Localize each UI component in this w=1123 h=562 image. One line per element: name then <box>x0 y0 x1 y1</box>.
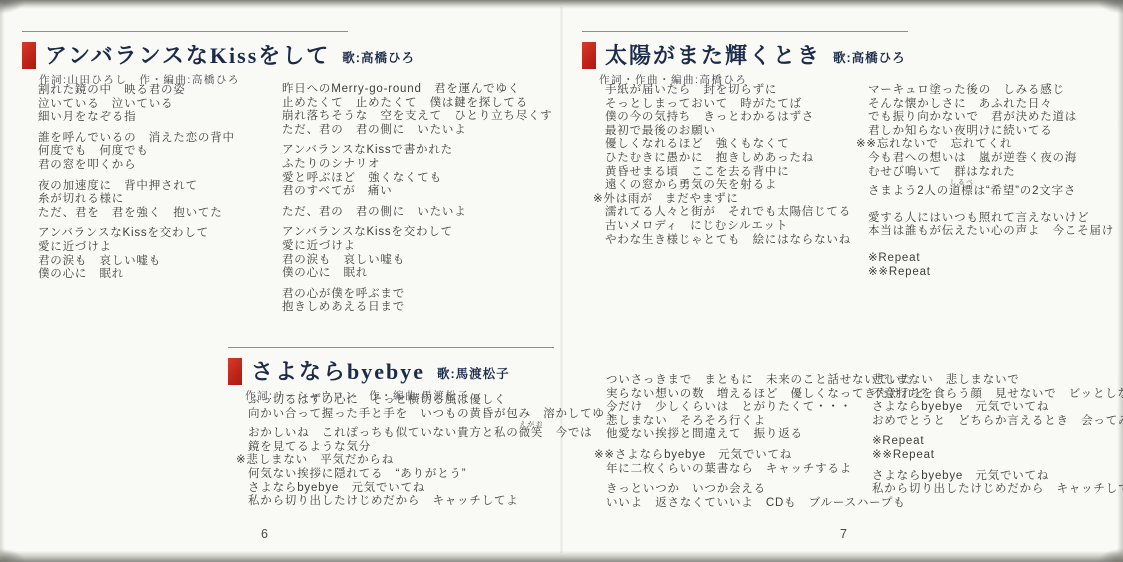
song2-lyrics-column-1: 手紙が届いたら 封を切らずにそっとしまっておいて 時がたてば僕の今の気持ち きっ… <box>605 84 851 254</box>
lyric-stanza: アンバランスなKissを交わして愛に近づけよ君の涙も 哀しい嘘も僕の心に 眠れ <box>38 227 235 281</box>
lyric-stanza: ※Repeat※※Repeat <box>868 252 1114 279</box>
page-number-left: 6 <box>261 527 269 541</box>
lyric-line: 君の涙も 哀しい嘘も <box>282 254 553 268</box>
page-number-right: 7 <box>840 527 848 541</box>
lyric-line: 夜の加速度に 背中押されて <box>38 180 235 194</box>
scan-corner <box>1097 0 1123 14</box>
lyric-stanza: マーキュロ塗った後の しみる感じそんな懐かしさに あふれた日々でも振り向かないで… <box>868 84 1114 199</box>
song2-lyrics-column-2: マーキュロ塗った後の しみる感じそんな懐かしさに あふれた日々でも振り向かないで… <box>868 84 1114 292</box>
lyric-line: 愛に近づけよ <box>282 240 553 254</box>
song3-lyrics-column-1: ふっ切るはずの心に そっと横切る風は優しく向かい合って握った手と手を いつもの黄… <box>248 394 617 516</box>
lyric-line: 悲しまない 悲しまないで <box>872 374 1123 388</box>
lyric-stanza: 手紙が届いたら 封を切らずにそっとしまっておいて 時がたてば僕の今の気持ち きっ… <box>605 84 851 247</box>
lyric-line: 最初で最後のお願い <box>605 125 851 139</box>
lyric-line: 優しくなれるほど 強くもなくて <box>605 138 851 152</box>
lyric-line: ※※Repeat <box>868 266 1114 280</box>
lyric-line: 糸が切れる様に <box>38 193 235 207</box>
song3-lyrics-column-3: 悲しまない 悲しまないで不意打ちを食らう顔 見せないで ビッとしなよさよならby… <box>872 374 1123 504</box>
song2-singer-credit: 歌:高橋ひろ <box>833 48 906 69</box>
lyric-line: 手紙が届いたら 封を切らずに <box>605 84 851 98</box>
title-marker-icon <box>22 42 36 69</box>
lyric-line: 不意打ちを食らう顔 見せないで ビッとしなよ <box>872 388 1123 402</box>
header-rule <box>22 31 348 32</box>
lyric-line: 君の心が僕を呼ぶまで <box>282 288 553 302</box>
lyric-stanza: 君の心が僕を呼ぶまで抱きしめあえる日まで <box>282 288 553 315</box>
lyric-stanza: ふっ切るはずの心に そっと横切る風は優しく向かい合って握った手と手を いつもの黄… <box>248 394 617 509</box>
lyric-stanza: 昨日へのMerry-go-round 君を運んでゆく止めたくて 止めたくて 僕は… <box>282 83 553 137</box>
lyric-stanza: 悲しまない 悲しまないで不意打ちを食らう顔 見せないで ビッとしなよさよならby… <box>872 374 1123 428</box>
scan-edge-left <box>0 0 5 562</box>
lyric-stanza: 愛する人にはいつも照れて言えないけど本当は誰もが伝えたい心の声よ 今こそ届け <box>868 212 1114 239</box>
lyric-line: さよならbyebye 元気でいてね <box>872 401 1123 415</box>
lyric-line: 君の涙も 哀しい嘘も <box>38 255 235 269</box>
lyric-line: 濡れてる人々と街が それでも太陽信じてる <box>605 206 851 220</box>
lyric-line: 古いメロディ にじむシルエット <box>605 220 851 234</box>
lyric-line: ※Repeat <box>872 435 1123 449</box>
lyric-line: アンバランスなKissを交わして <box>38 227 235 241</box>
lyric-line: ただ、君の 君の側に いたいよ <box>282 124 553 138</box>
lyric-line: 遠くの窓から勇気の矢を射るよ <box>605 179 851 193</box>
lyric-line: ※外は雨が まだやまずに <box>593 193 851 207</box>
scan-corner <box>0 0 26 14</box>
song3-singer-credit: 歌:馬渡松子 <box>437 364 510 385</box>
lyric-line: ※悲しまない 平気だからね <box>236 454 617 468</box>
lyric-line: 君の窓を叩くから <box>38 159 235 173</box>
song2-title: 太陽がまた輝くとき <box>605 43 821 69</box>
booklet-spread: アンバランスなKissをして 歌:高橋ひろ 作詞:山田ひろし 作・編曲:高橋ひろ… <box>0 0 1123 562</box>
lyric-line: 誰を呼んでいるの 消えた恋の背中 <box>38 132 235 146</box>
scan-corner <box>1097 548 1123 562</box>
lyric-line: 止めたくて 止めたくて 僕は鍵を探してる <box>282 97 553 111</box>
lyric-line: 昨日へのMerry-go-round 君を運んでゆく <box>282 83 553 97</box>
lyric-line: 何度でも 何度でも <box>38 145 235 159</box>
lyric-line: でも振り向かないで 君が決めた道は <box>868 111 1114 125</box>
song1-lyrics-column-1: 割れた鏡の中 映る君の姿泣いている 泣いている細い月をなぞる指誰を呼んでいるの … <box>38 84 235 289</box>
lyric-line: アンバランスなKissで書かれた <box>282 144 553 158</box>
lyric-line: おめでとうと どちらか言えるとき 会ってみたい <box>872 415 1123 429</box>
lyric-line: 向かい合って握った手と手を いつもの黄昏が包み 溶かしてゆく <box>248 408 617 422</box>
song1-lyrics-column-2: 昨日へのMerry-go-round 君を運んでゆく止めたくて 止めたくて 僕は… <box>282 83 553 322</box>
lyric-line: 愛と呼ぶほど 強くなくても <box>282 172 553 186</box>
lyric-line: 鏡を見てるような気分 <box>248 441 617 455</box>
lyric-stanza: 割れた鏡の中 映る君の姿泣いている 泣いている細い月をなぞる指 <box>38 84 235 125</box>
lyric-line: 私から切り出したけじめだから キャッチしてよ <box>248 495 617 509</box>
lyric-line: ただ、君を 君を強く 抱いてた <box>38 207 235 221</box>
header-rule <box>582 31 908 32</box>
lyric-line: 私から切り出したけじめだから キャッチしてよ <box>872 483 1123 497</box>
lyric-line: おかしいね これぽっちも似ていない貴方と私の微笑えがお 今では <box>248 421 617 441</box>
lyric-stanza: ただ、君の 君の側に いたいよ <box>282 206 553 220</box>
lyric-stanza: 誰を呼んでいるの 消えた恋の背中何度でも 何度でも君の窓を叩くから <box>38 132 235 173</box>
lyric-line: ふたりのシナリオ <box>282 158 553 172</box>
lyric-stanza: アンバランスなKissで書かれたふたりのシナリオ愛と呼ぶほど 強くなくても君のす… <box>282 144 553 198</box>
lyric-line: やわな生き様じゃとても 絵にはならないね <box>605 234 851 248</box>
song3-title: さよならbyebye <box>251 359 425 385</box>
lyric-line: 僕の心に 眠れ <box>38 268 235 282</box>
lyric-line: ひたむきに愚かに 抱きしめあったね <box>605 152 851 166</box>
lyric-line: 僕の心に 眠れ <box>282 267 553 281</box>
lyric-stanza: 夜の加速度に 背中押されて糸が切れる様にただ、君を 君を強く 抱いてた <box>38 180 235 221</box>
scan-corner <box>0 548 26 562</box>
title-marker-icon <box>228 358 242 385</box>
lyric-line: 割れた鏡の中 映る君の姿 <box>38 84 235 98</box>
lyric-line: ※Repeat <box>868 252 1114 266</box>
lyric-line: 黄昏せまる頃 ここを去る背中に <box>605 166 851 180</box>
lyric-line: 細い月をなぞる指 <box>38 111 235 125</box>
lyric-line: マーキュロ塗った後の しみる感じ <box>868 84 1114 98</box>
lyric-line: むせび鳴いて 群はなれた <box>868 166 1114 180</box>
lyric-line: さよならbyebye 元気でいてね <box>248 482 617 496</box>
lyric-line: ※※忘れないで 忘れてくれ <box>856 138 1114 152</box>
lyric-line: そっとしまっておいて 時がたてば <box>605 98 851 112</box>
lyric-line: 君のすべてが 痛い <box>282 185 553 199</box>
title-marker-icon <box>582 42 596 69</box>
lyric-line: ふっ切るはずの心に そっと横切る風は優しく <box>248 394 617 408</box>
lyric-line: 今も君への想いは 嵐が逆巻く夜の海 <box>868 152 1114 166</box>
lyric-stanza: ※Repeat※※Repeat <box>872 435 1123 462</box>
song1-header: アンバランスなKissをして 歌:高橋ひろ 作詞:山田ひろし 作・編曲:高橋ひろ <box>22 31 348 87</box>
lyric-line: 何気ない挨拶に隠れてる “ありがとう” <box>248 468 617 482</box>
lyric-line: さよならbyebye 元気でいてね <box>872 470 1123 484</box>
song2-header: 太陽がまた輝くとき 歌:高橋ひろ 作詞・作曲・編曲:高橋ひろ <box>582 31 908 87</box>
lyric-line: アンバランスなKissを交わして <box>282 226 553 240</box>
song1-singer-credit: 歌:高橋ひろ <box>342 48 415 69</box>
lyric-line: 僕の今の気持ち きっとわかるはずさ <box>605 111 851 125</box>
lyric-line: 抱きしめあえる日まで <box>282 301 553 315</box>
header-rule <box>228 347 554 348</box>
lyric-stanza: アンバランスなKissを交わして愛に近づけよ君の涙も 哀しい嘘も僕の心に 眠れ <box>282 226 553 280</box>
lyric-line: ただ、君の 君の側に いたいよ <box>282 206 553 220</box>
lyric-line: ※※Repeat <box>872 449 1123 463</box>
lyric-line: そんな懐かしさに あふれた日々 <box>868 98 1114 112</box>
lyric-line: さまよう2人の道標しるべは“希望”の2文字さ <box>868 179 1114 199</box>
lyric-line: 愛する人にはいつも照れて言えないけど <box>868 212 1114 226</box>
song1-title: アンバランスなKissをして <box>45 43 330 69</box>
lyric-line: 君しか知らない夜明けに続いてる <box>868 125 1114 139</box>
lyric-stanza: さよならbyebye 元気でいてね私から切り出したけじめだから キャッチしてよ <box>872 470 1123 497</box>
lyric-line: 愛に近づけよ <box>38 241 235 255</box>
lyric-line: 泣いている 泣いている <box>38 98 235 112</box>
lyric-line: 本当は誰もが伝えたい心の声よ 今こそ届け <box>868 225 1114 239</box>
lyric-line: 崩れ落ちそうな 空を支えて ひとり立ち尽くす <box>282 110 553 124</box>
